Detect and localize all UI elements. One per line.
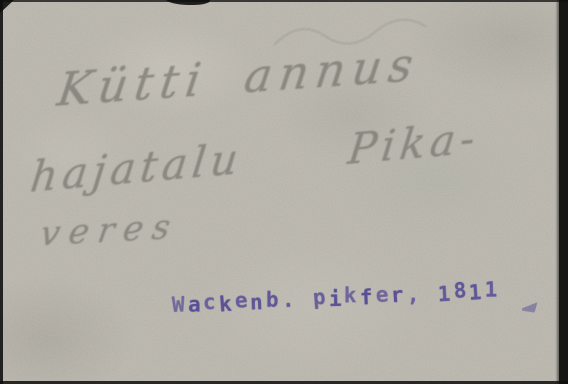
stamp-text: Wackenb. pikfer, 1811 xyxy=(171,278,501,317)
scan-edge-right xyxy=(559,0,568,384)
scan-edge-left xyxy=(0,0,3,384)
scan-corner-top-left xyxy=(0,0,14,13)
handwriting-line-3: veres xyxy=(38,207,182,255)
scan-notch-top xyxy=(166,0,210,6)
scan-edge-top xyxy=(0,0,568,2)
handwriting-line-2: hajatalu Pika- xyxy=(28,113,483,202)
stamp-ink-smudge xyxy=(521,300,537,313)
handwriting-line-1: Kütti annus xyxy=(54,37,423,117)
scanned-archival-card: Kütti annus hajatalu Pika- veres Wackenb… xyxy=(0,0,568,384)
